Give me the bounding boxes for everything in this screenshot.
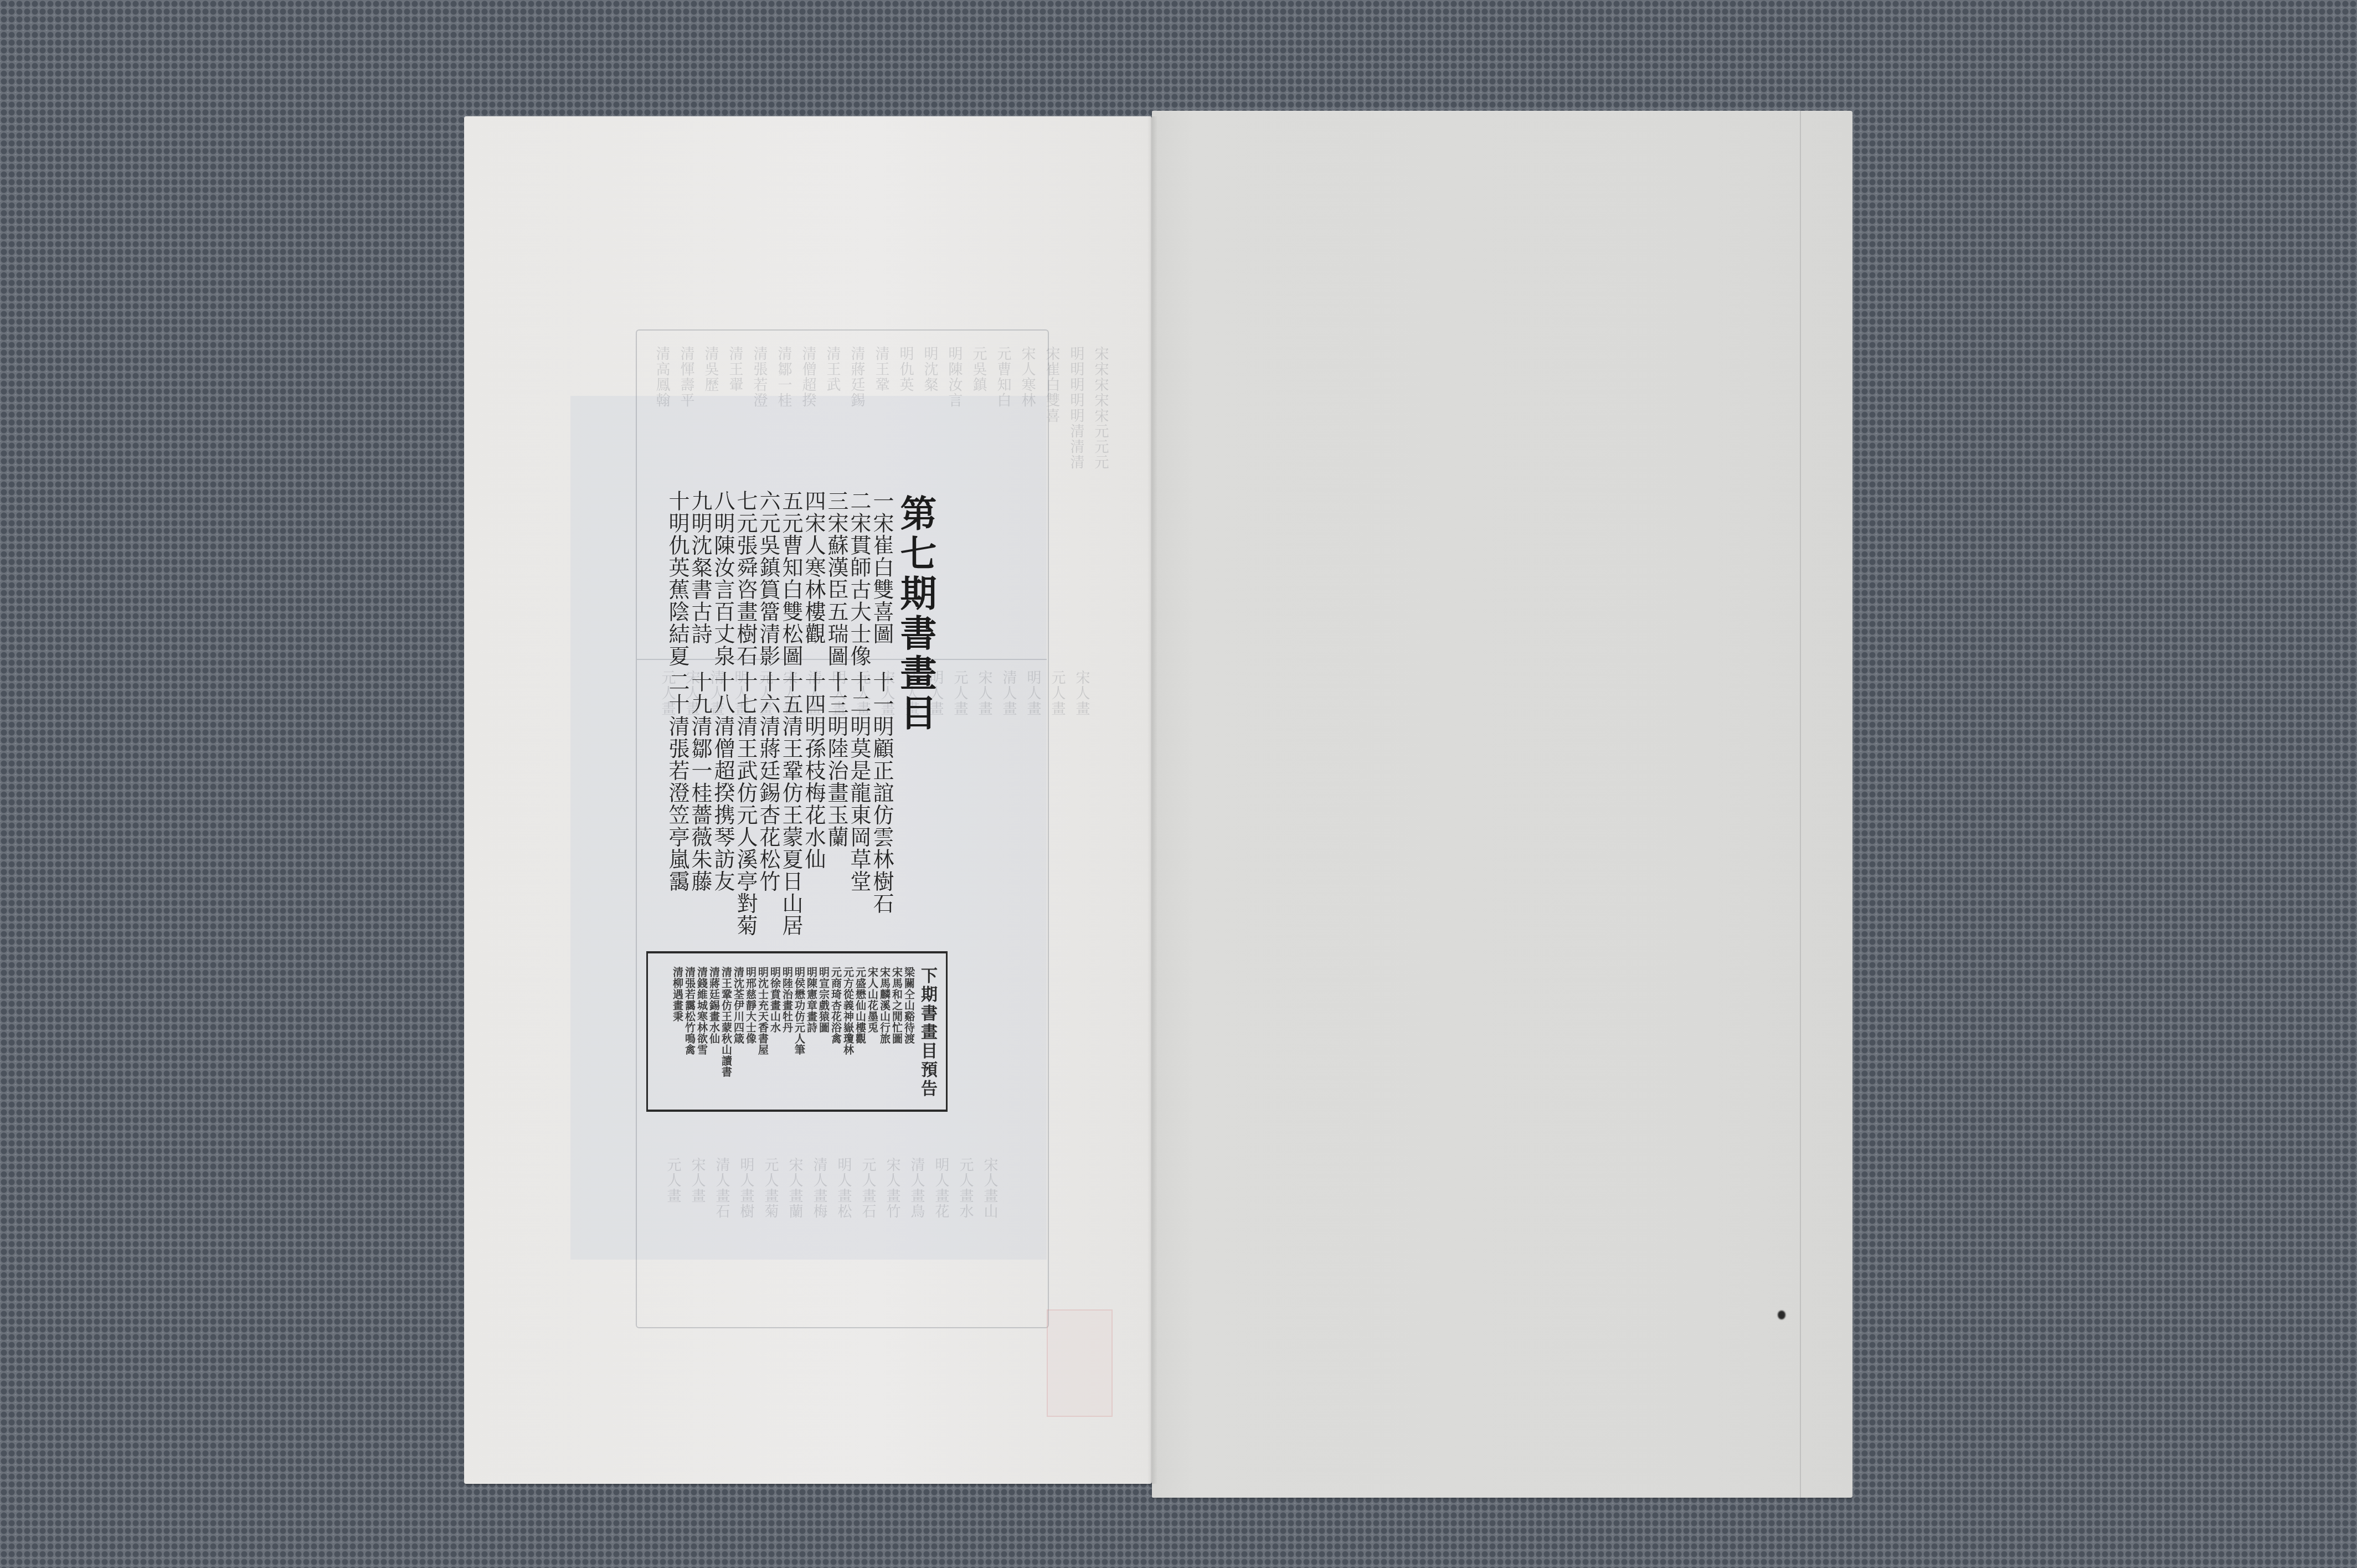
toc-item: 五元曹知白雙松圖 [781,490,801,667]
toc-title: 第七期書畫目 [896,494,935,734]
notice-item: 清錢維城寒林欲雪 [697,967,707,1077]
notice-item: 清蔣廷錫畫水仙 [709,967,719,1077]
toc-list-lower: 十一明顧正誼仿雲林樹石 十二明莫是龍東岡草堂 十三明陸治畫玉蘭 十四明孫枝梅花水… [667,671,892,937]
toc-item: 八明陳汝言百丈泉 [713,490,733,667]
ink-spot [1778,1311,1785,1319]
toc-list-upper: 一宋崔白雙喜圖 二宋貫師古大士像 三宋蘇漢臣五瑞圖 四宋人寒林樓觀 五元曹知白雙… [667,490,892,667]
bleed-through-text-upper: 宋宋宋宋宋元元元明明明明明清清清宋崔白雙喜宋人寒林 元曹知白元吳鎮明陳汝言明沈粲… [653,346,1109,470]
toc-item: 十八清僧超揆携琴訪友 [713,671,733,937]
bleed-through-text-bottom: 宋人畫山元人畫水明人畫花清人畫鳥宋人畫竹 元人畫石明人畫松清人畫梅宋人畫蘭元人畫… [665,1157,998,1219]
toc-item: 十一明顧正誼仿雲林樹石 [872,671,892,937]
notice-item: 元商琦杏花浴禽 [831,967,841,1077]
toc-item: 一宋崔白雙喜圖 [872,490,892,667]
toc-item: 六元吳鎮篔簹清影 [758,490,778,667]
notice-item: 明沈士充天香書屋 [758,967,768,1077]
notice-item: 清沈荃伊川四箴 [733,967,743,1077]
next-issue-notice-box: 下期書畫目預告 梁關仝山谿待渡 宋馬和之閒忙圖 宋馬麟溪山行旅 宋人山花墨兎 元… [646,951,948,1112]
notice-item: 梁關仝山谿待渡 [904,967,914,1077]
notice-item: 清張若靄松竹鳴禽 [685,967,694,1077]
toc-item: 四宋人寒林樓觀 [804,490,824,667]
toc-item: 十三明陸治畫玉蘭 [826,671,846,937]
notice-item: 清柳遇畫秉 [672,967,682,1077]
toc-item: 二十清張若澄笠亭嵐靄 [667,671,687,937]
toc-item: 七元張舜咨畫樹石 [735,490,755,667]
cover-fold-line [1800,111,1801,1498]
notice-item: 元方從義神嶽瓊林 [843,967,853,1077]
toc-item: 十七清王武仿元人溪亭對菊 [735,671,755,937]
book-gutter [1147,116,1157,1484]
notice-item: 宋馬和之閒忙圖 [892,967,902,1077]
toc-item: 十明仇英蕉陰結夏 [667,490,687,667]
toc-item: 十二明莫是龍東岡草堂 [849,671,869,937]
notice-item: 明陳憲章畫詩 [806,967,816,1077]
faint-seal-stamp [1047,1309,1113,1417]
right-cover [1152,111,1852,1498]
toc-item: 三宋蘇漢臣五瑞圖 [826,490,846,667]
notice-item: 明陸治畫牡丹 [782,967,792,1077]
notice-item: 清王鞏仿王蒙秋山讀書 [721,967,731,1077]
notice-item: 元盛懋仙山樓觀 [855,967,865,1077]
notice-item: 明侯懋功仿元人筆 [794,967,804,1077]
notice-item: 宋人山花墨兎 [867,967,877,1077]
notice-item: 明徐賁畫山水 [770,967,780,1077]
toc-item: 二宋貫師古大士像 [849,490,869,667]
notice-list: 梁關仝山谿待渡 宋馬和之閒忙圖 宋馬麟溪山行旅 宋人山花墨兎 元盛懋仙山樓觀 元… [672,967,914,1077]
notice-item: 明宣宗戲猿圖 [819,967,828,1077]
toc-item: 十九清鄒一桂薔薇朱藤 [690,671,710,937]
notice-title: 下期書畫目預告 [915,967,939,1098]
notice-item: 明邢慈靜大士像 [745,967,755,1077]
notice-item: 宋馬麟溪山行旅 [879,967,889,1077]
toc-item: 十四明孫枝梅花水仙 [804,671,824,937]
toc-item: 十五清王鞏仿王蒙夏日山居 [781,671,801,937]
toc-item: 九明沈粲書古詩 [690,490,710,667]
toc-item: 十六清蔣廷錫杏花松竹 [758,671,778,937]
